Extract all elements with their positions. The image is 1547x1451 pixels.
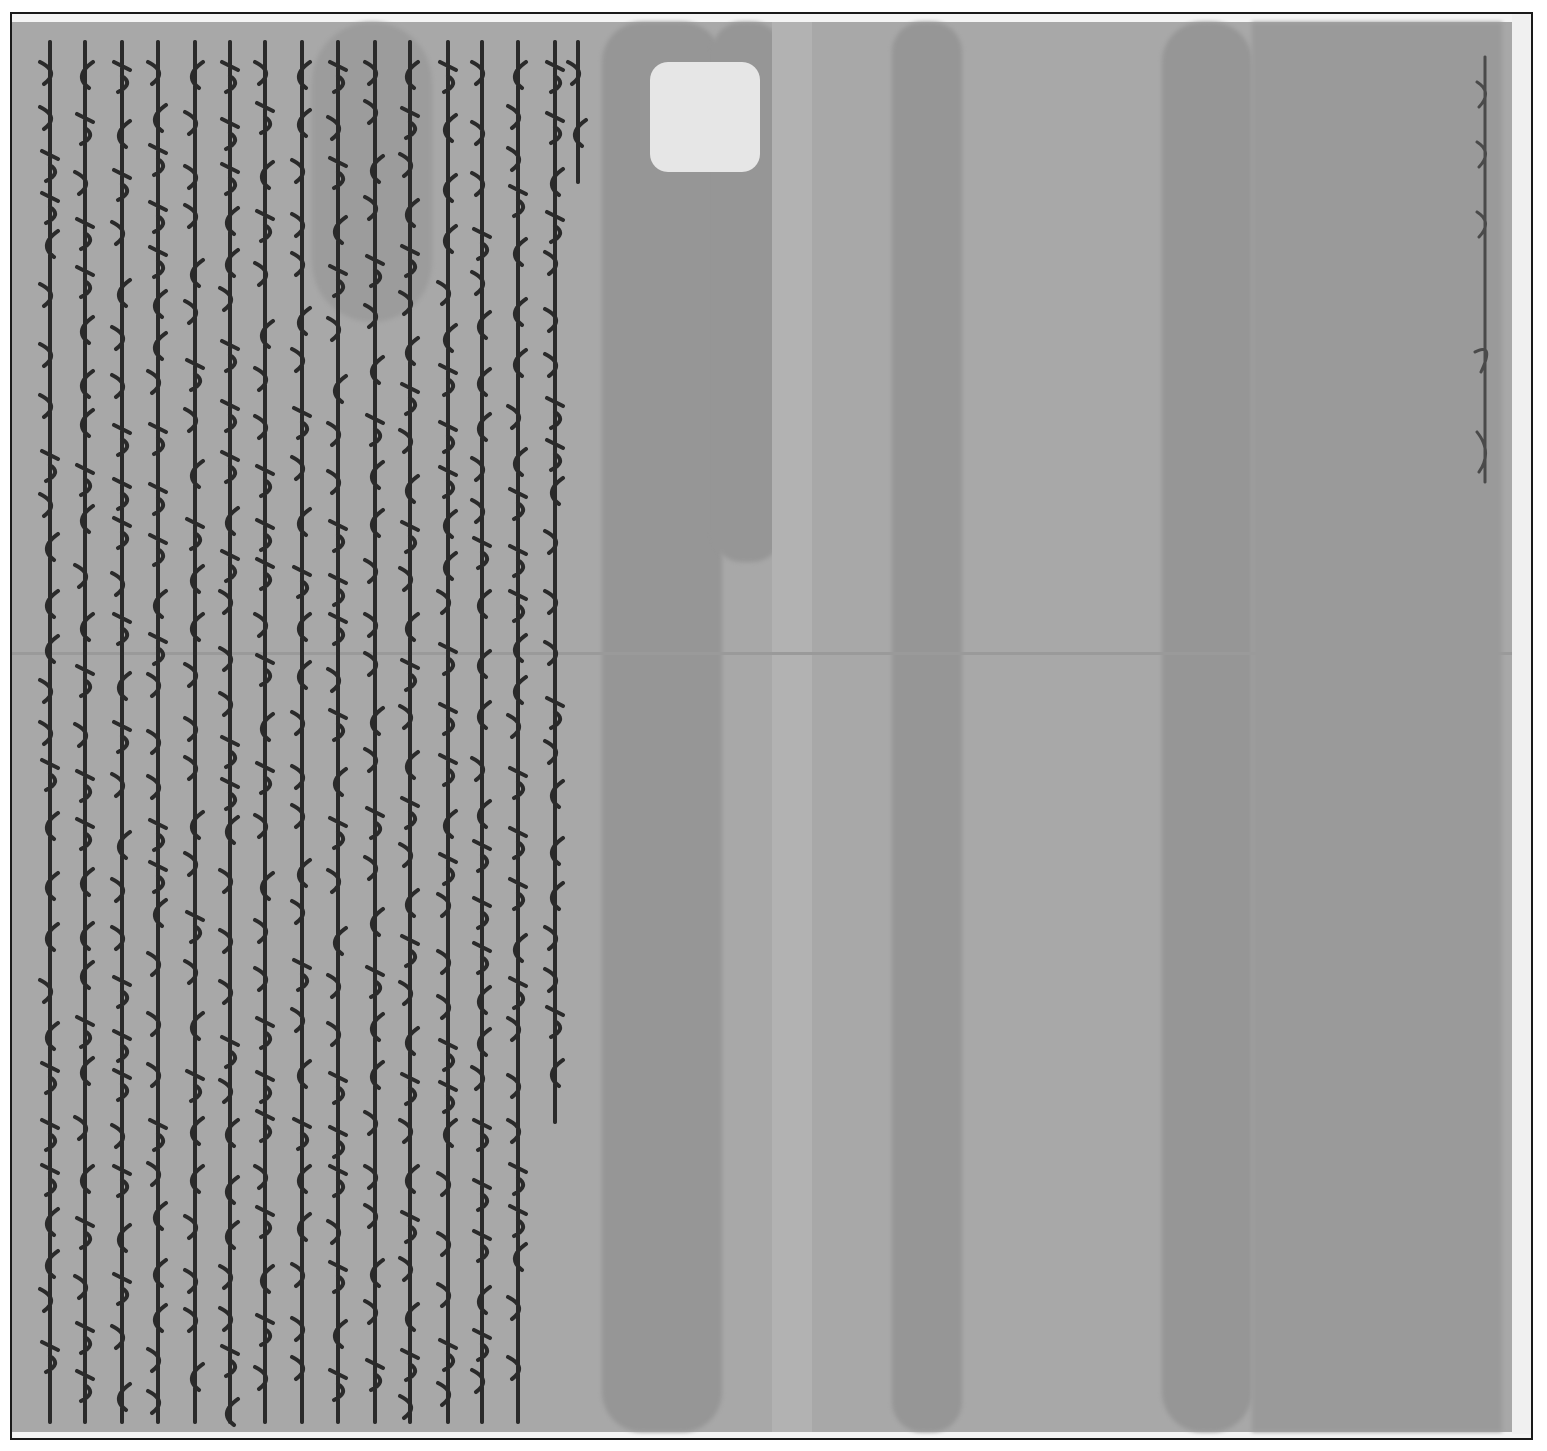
manuscript-paper	[12, 22, 1512, 1432]
water-stain	[1162, 22, 1252, 1432]
script-column	[284, 32, 320, 1432]
document-frame	[10, 12, 1533, 1440]
script-column	[500, 32, 536, 1432]
script-column	[67, 32, 103, 1432]
script-column	[212, 32, 248, 1432]
script-column	[357, 32, 393, 1432]
script-column	[247, 32, 283, 1432]
paper-patch	[650, 62, 760, 172]
water-stain	[892, 22, 962, 1432]
fold-line	[772, 22, 812, 1432]
water-stain	[1252, 22, 1502, 1432]
paper-edge	[1512, 14, 1532, 1434]
script-column	[560, 32, 596, 192]
script-column	[537, 32, 573, 1132]
script-column	[464, 32, 500, 1432]
script-column	[320, 32, 356, 1432]
script-column	[392, 32, 428, 1432]
script-column	[430, 32, 466, 1432]
script-column	[140, 32, 176, 1432]
water-stain	[602, 22, 722, 1432]
script-column	[177, 32, 213, 1432]
script-column	[104, 32, 140, 1432]
script-column	[32, 32, 68, 1432]
marginal-note	[1467, 52, 1503, 492]
